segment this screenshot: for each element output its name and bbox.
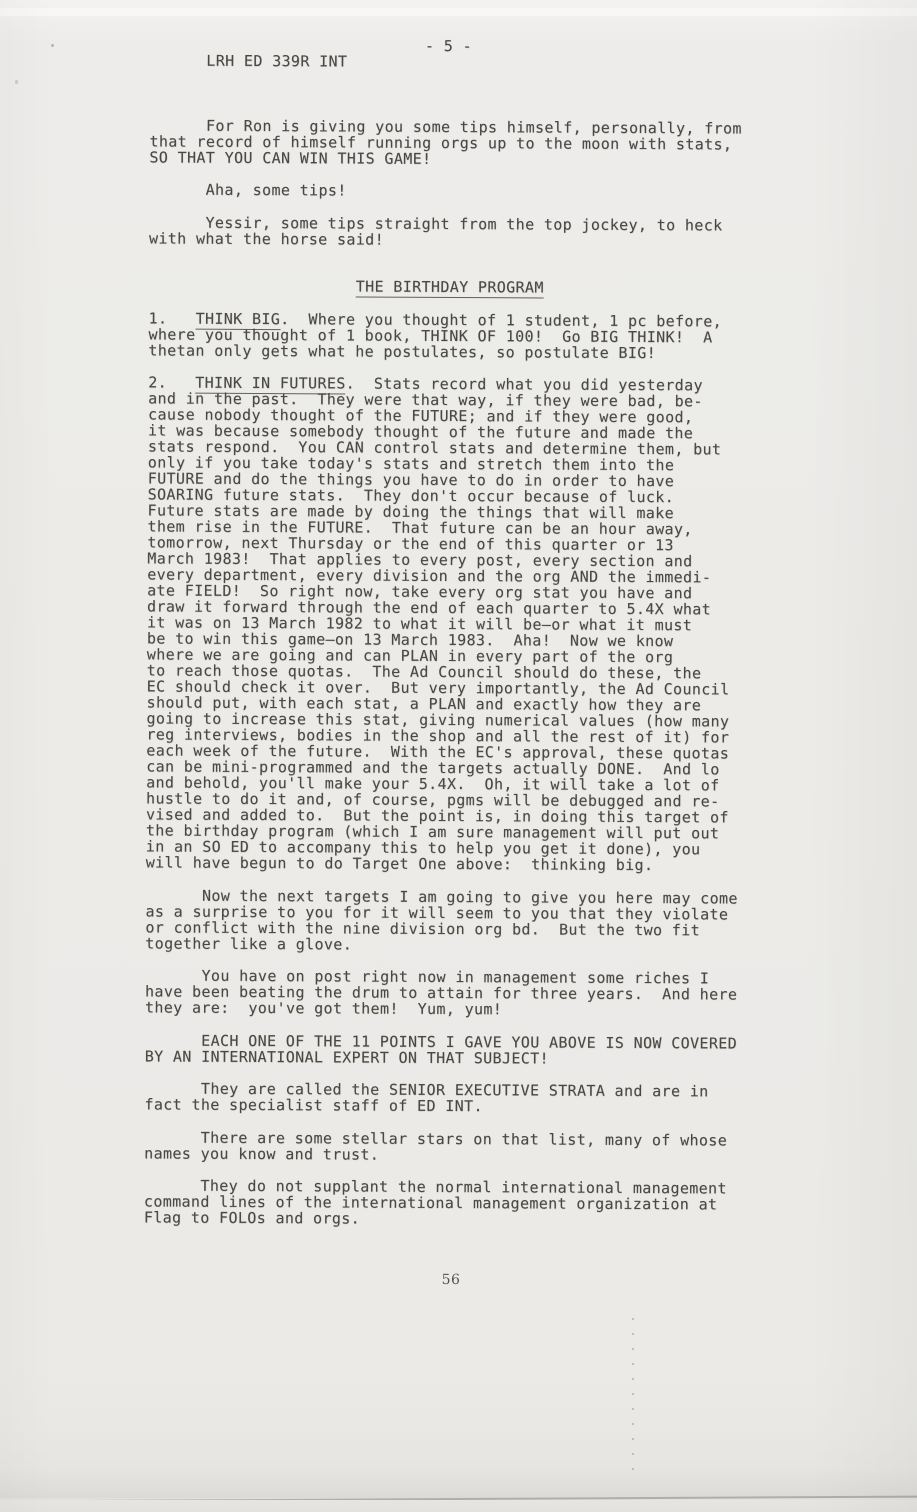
scan-artifact-top-band [0, 8, 917, 16]
paragraph-closing-1: Now the next targets I am going to give … [0, 886, 748, 954]
paragraph-closing-6: They do not supplant the normal internat… [0, 1177, 746, 1229]
item-2-body: . Stats record what you did yesterday an… [146, 374, 730, 874]
typewritten-content: LRH ED 339R INT - 5 - For Ron is giving … [0, 36, 917, 1246]
paragraph-intro-2: Aha, some tips! [0, 181, 751, 201]
paragraph-intro-1: For Ron is giving you some tips himself,… [0, 116, 752, 168]
numbered-item-2: 2. THINK IN FUTURES. Stats record what y… [0, 374, 750, 874]
scanned-document-page: LRH ED 339R INT - 5 - For Ron is giving … [0, 0, 917, 1512]
scan-artifact-edge-shadow [0, 1468, 917, 1498]
paragraph-closing-5: There are some stellar stars on that lis… [0, 1128, 746, 1164]
document-header: LRH ED 339R INT - 5 - [0, 36, 752, 104]
scan-artifact-below-edge [0, 1500, 917, 1512]
paragraph-closing-2: You have on post right now in management… [0, 967, 747, 1019]
paragraph-closing-4: They are called the SENIOR EXECUTIVE STR… [0, 1080, 747, 1116]
section-heading-text: THE BIRTHDAY PROGRAM [356, 278, 544, 299]
paragraph-intro-3: Yessir, some tips straight from the top … [0, 213, 751, 249]
section-heading: THE BIRTHDAY PROGRAM [0, 277, 751, 297]
header-page-marker: - 5 - [425, 38, 472, 54]
book-page-number: 56 [150, 1271, 752, 1289]
scan-artifact-dotted-line [632, 1318, 634, 1480]
numbered-item-1: 1. THINK BIG. Where you thought of 1 stu… [0, 309, 751, 361]
header-issue-id: LRH ED 339R INT [206, 52, 347, 71]
paragraph-closing-3: EACH ONE OF THE 11 POINTS I GAVE YOU ABO… [0, 1031, 747, 1067]
